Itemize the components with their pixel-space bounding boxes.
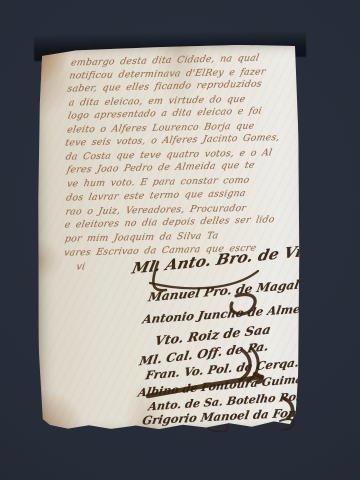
text-line: feres Joao Pedro de Almeida que te [66, 160, 256, 176]
text-line: dos lavrar este termo que assigna [65, 188, 247, 204]
photo-background: embargo desta dita Cidade, na qual notif… [0, 0, 360, 480]
signature: Antonio Juncho de Almeida [142, 300, 322, 326]
text-line: embargo desta dita Cidade, na qual [70, 53, 260, 69]
signature: Manuel Pro. de Magalhaes [147, 275, 331, 304]
manuscript-page: embargo desta dita Cidade, na qual notif… [34, 44, 304, 434]
text-line: ve hum voto. E para constar como [66, 175, 250, 190]
text-line: vi [75, 261, 86, 272]
text-line: por mim Joaquim da Silva Ta [64, 230, 219, 244]
